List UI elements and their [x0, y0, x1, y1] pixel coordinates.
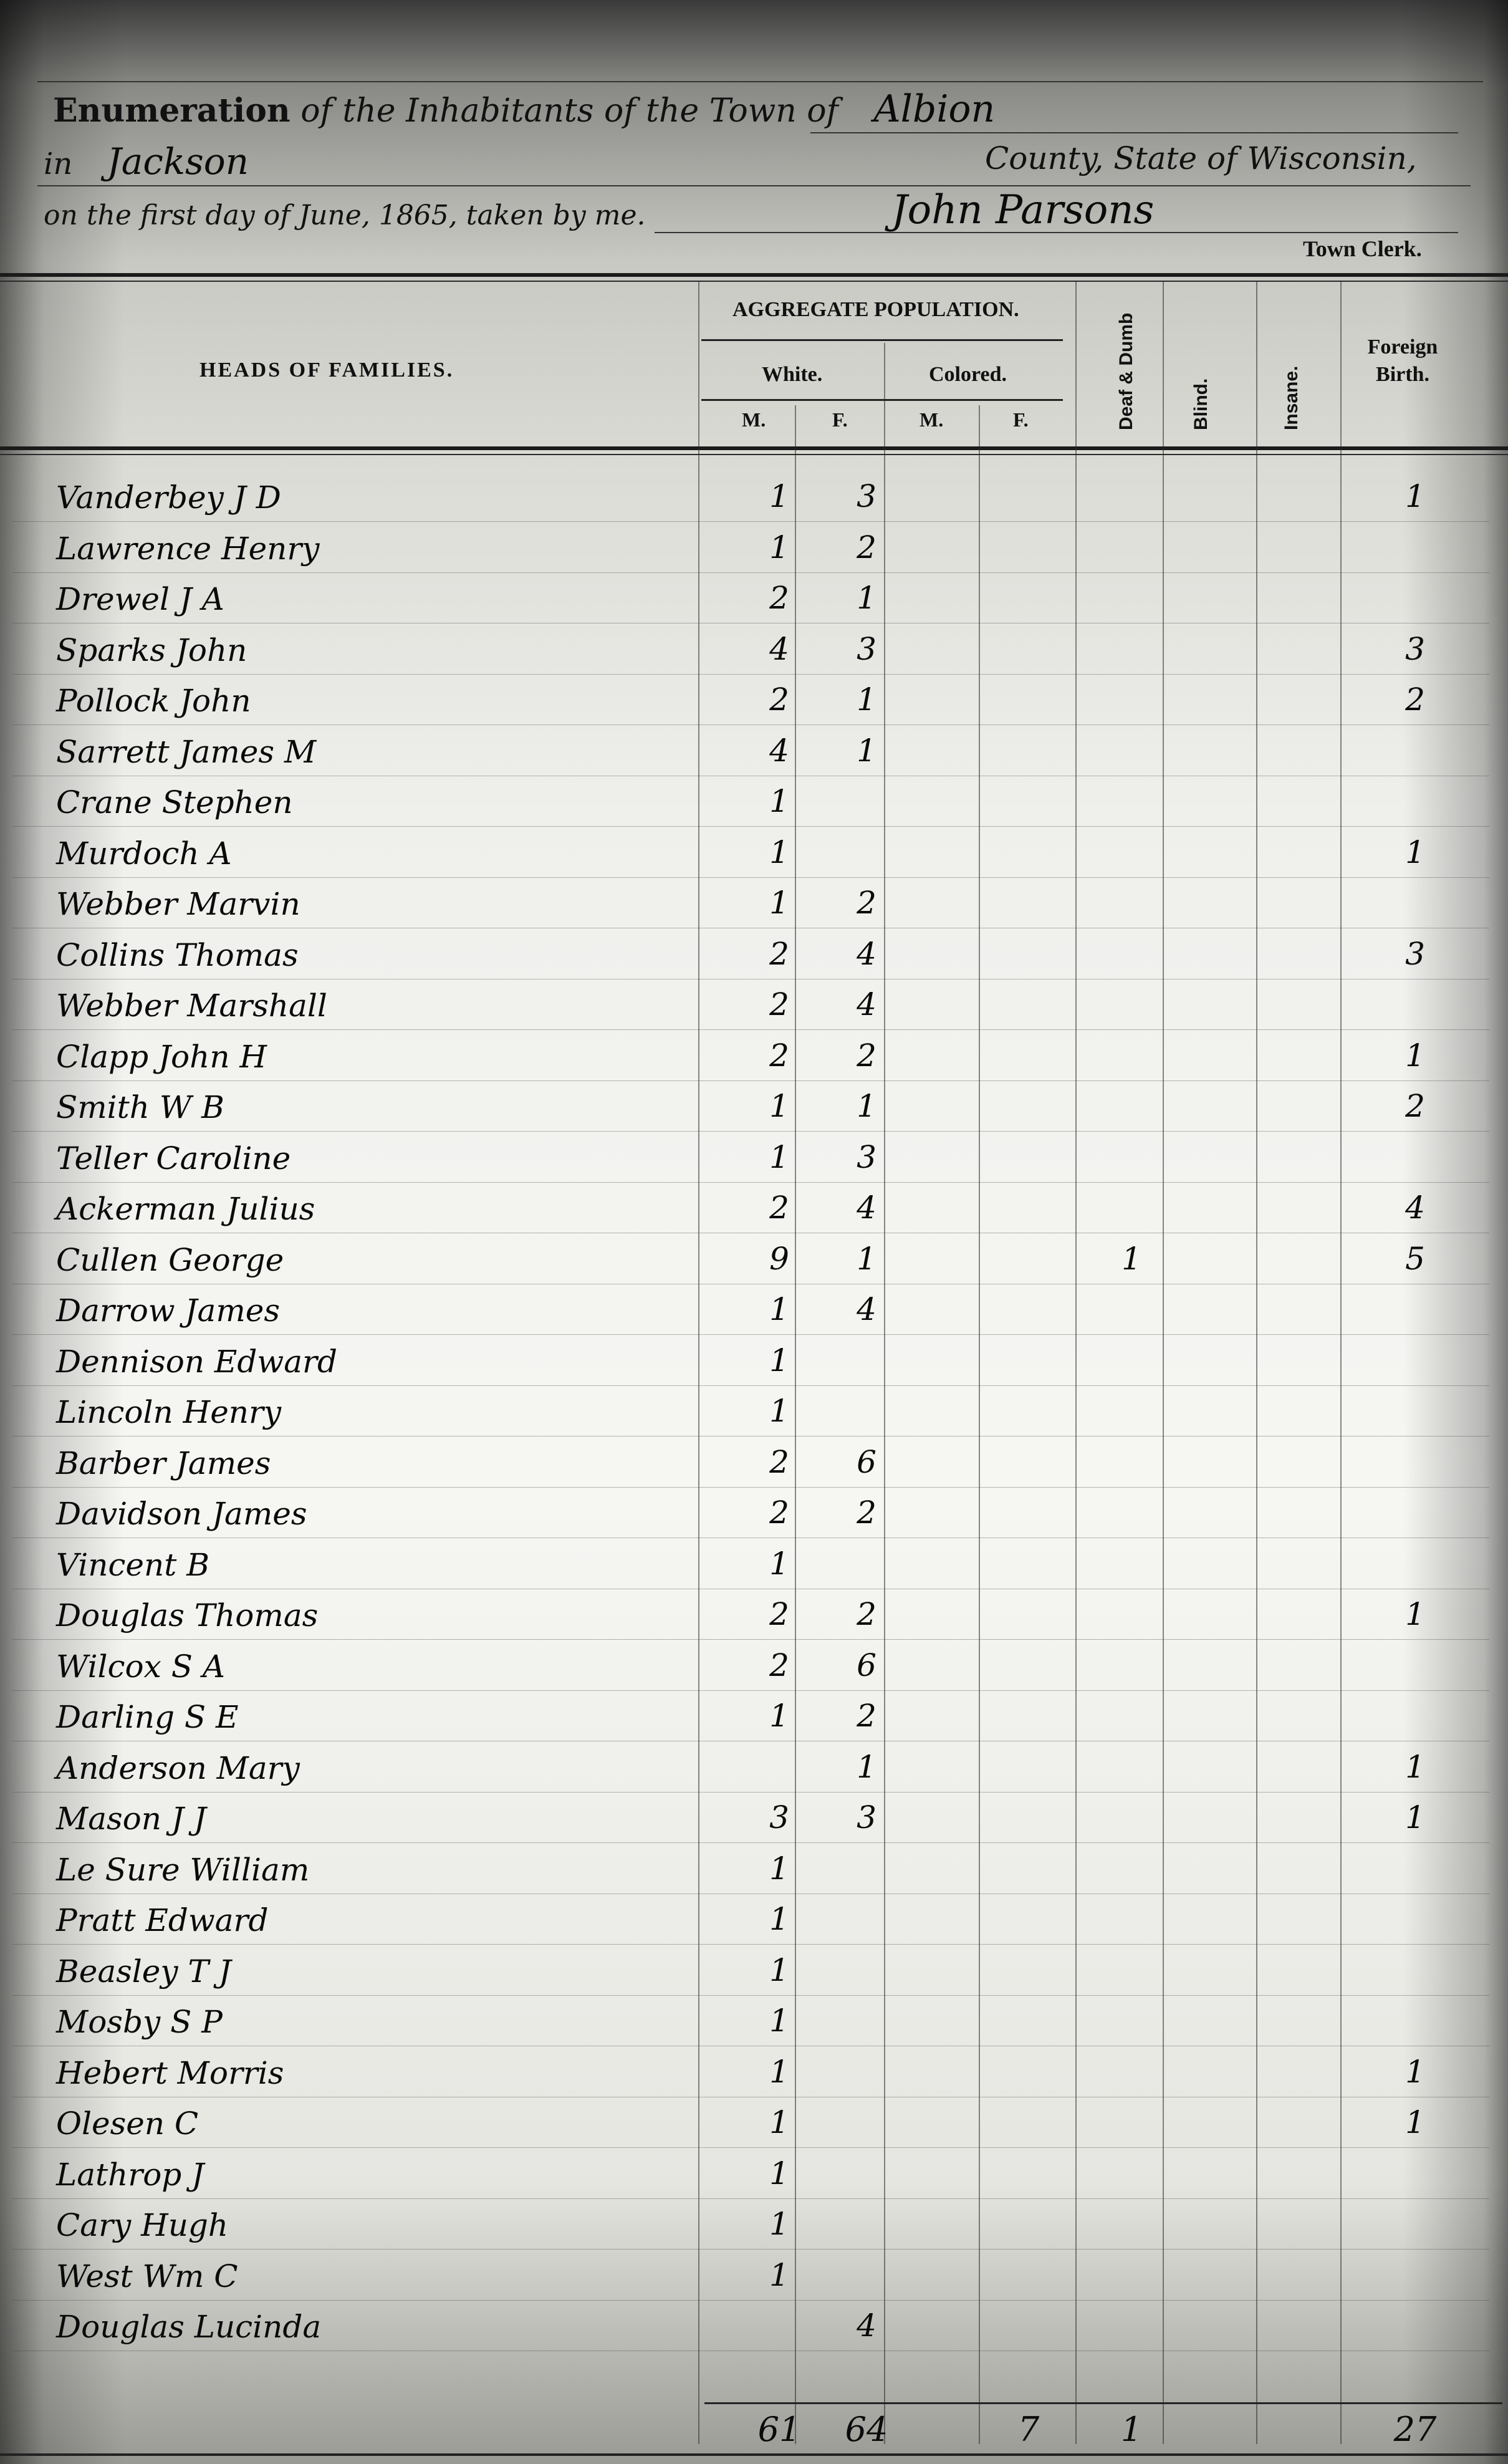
count-foreign-birth: 1 [1390, 1596, 1440, 1632]
table-row: Pollock John212 [0, 674, 1508, 725]
count-white-male: 1 [754, 783, 804, 819]
count-white-male: 1 [754, 1850, 804, 1887]
count-foreign-birth: 4 [1390, 1190, 1440, 1226]
head-of-family-name: Olesen C [56, 2105, 198, 2142]
head-of-family-name: Crane Stephen [56, 784, 293, 821]
table-row: Murdoch A11 [0, 827, 1508, 878]
count-white-male: 9 [754, 1241, 804, 1277]
count-white-male: 1 [754, 1901, 804, 1937]
count-white-male: 2 [754, 1037, 804, 1074]
count-white-male: 1 [754, 1088, 804, 1124]
header-rule-top [37, 81, 1483, 82]
head-of-family-name: Douglas Lucinda [56, 2309, 321, 2345]
head-of-family-name: Lathrop J [56, 2157, 204, 2193]
count-foreign-birth: 1 [1390, 478, 1440, 514]
table-row: Collins Thomas243 [0, 928, 1508, 979]
count-white-female: 4 [842, 1291, 891, 1327]
totals-row: 61 64 7 1 27 [0, 2407, 1508, 2457]
head-of-family-name: Lawrence Henry [56, 531, 320, 567]
count-white-female: 2 [842, 1596, 891, 1632]
head-of-family-name: West Wm C [56, 2258, 238, 2294]
table-row: Beasley T J1 [0, 1945, 1508, 1996]
table-row: Mason J J331 [0, 1792, 1508, 1843]
count-foreign-birth: 1 [1390, 834, 1440, 870]
head-of-family-name: Barber James [56, 1445, 271, 1481]
column-header-rule-thin [0, 454, 1508, 455]
table-row: Davidson James22 [0, 1487, 1508, 1538]
table-row: Sparks John433 [0, 623, 1508, 675]
table-row: Douglas Thomas221 [0, 1589, 1508, 1640]
head-of-family-name: Mosby S P [56, 2004, 223, 2040]
count-white-female: 4 [842, 1190, 891, 1226]
county-state-label: County, State of Wisconsin, [985, 140, 1417, 176]
head-of-family-name: Le Sure William [56, 1852, 309, 1888]
table-row: Vanderbey J D131 [0, 471, 1508, 522]
table-row: Vincent B1 [0, 1538, 1508, 1589]
head-of-family-name: Darling S E [56, 1699, 239, 1735]
count-foreign-birth: 1 [1390, 2054, 1440, 2090]
total-white-male: 61 [754, 2410, 804, 2449]
head-of-family-name: Cary Hugh [56, 2207, 228, 2243]
in-label: in [44, 147, 72, 181]
count-white-male: 1 [754, 2003, 804, 2039]
count-white-male: 1 [754, 1698, 804, 1734]
head-of-family-name: Sarrett James M [56, 734, 316, 770]
table-row: Barber James26 [0, 1437, 1508, 1488]
table-row: Olesen C11 [0, 2097, 1508, 2148]
count-foreign-birth: 2 [1390, 1088, 1440, 1124]
count-white-male: 2 [754, 986, 804, 1023]
count-white-female: 3 [842, 1799, 891, 1836]
table-row: Wilcox S A26 [0, 1640, 1508, 1691]
count-white-female: 4 [842, 2308, 891, 2344]
table-row: Webber Marshall24 [0, 979, 1508, 1030]
head-of-family-name: Vincent B [56, 1547, 209, 1583]
count-white-male: 1 [754, 1342, 804, 1379]
count-white-male: 1 [754, 529, 804, 565]
count-white-male: 2 [754, 681, 804, 718]
head-of-family-name: Anderson Mary [56, 1750, 300, 1786]
head-of-family-name: Lincoln Henry [56, 1394, 281, 1430]
header-rule-bottom [0, 273, 1508, 277]
white-header: White. [762, 363, 822, 387]
table-row: Lathrop J1 [0, 2148, 1508, 2199]
header-line-1: Enumeration of the Inhabitants of the To… [53, 87, 995, 131]
head-of-family-name: Vanderbey J D [56, 479, 281, 516]
heads-of-families-header: HEADS OF FAMILIES. [199, 359, 454, 382]
head-of-family-name: Douglas Thomas [56, 1597, 318, 1634]
town-fill-line [810, 132, 1458, 133]
table-row: Pratt Edward1 [0, 1894, 1508, 1945]
enumeration-label: Enumeration [53, 92, 291, 130]
count-white-male: 1 [754, 2104, 804, 2140]
inhabitants-label: of the Inhabitants of the Town of [300, 92, 838, 130]
table-row: Le Sure William1 [0, 1843, 1508, 1894]
total-white-female: 64 [842, 2410, 891, 2449]
count-foreign-birth: 1 [1390, 2104, 1440, 2140]
count-white-male: 1 [754, 1291, 804, 1327]
count-white-female: 2 [842, 1698, 891, 1734]
head-of-family-name: Dennison Edward [56, 1344, 337, 1380]
count-white-male: 4 [754, 733, 804, 769]
head-of-family-name: Hebert Morris [56, 2055, 284, 2091]
foreign-birth-header: Foreign Birth. [1340, 334, 1465, 388]
table-row: Clapp John H221 [0, 1030, 1508, 1081]
deaf-dumb-header: Deaf & Dumb [1116, 313, 1137, 430]
table-row: Drewel J A21 [0, 572, 1508, 623]
totals-rule [704, 2402, 1502, 2404]
head-of-family-name: Collins Thomas [56, 937, 299, 973]
colored-m-header: M. [920, 408, 943, 431]
head-of-family-name: Teller Caroline [56, 1140, 291, 1177]
date-line: on the first day of June, 1865, taken by… [44, 200, 645, 231]
head-of-family-name: Murdoch A [56, 835, 232, 872]
count-white-male: 1 [754, 1952, 804, 1988]
count-foreign-birth: 2 [1390, 681, 1440, 718]
county-name: Jackson [107, 140, 249, 183]
count-white-female: 1 [842, 1241, 891, 1277]
count-white-female: 2 [842, 529, 891, 565]
insane-header: Insane. [1281, 366, 1302, 430]
head-of-family-name: Pollock John [56, 683, 251, 719]
count-white-female: 6 [842, 1647, 891, 1683]
white-m-header: M. [742, 408, 766, 431]
head-of-family-name: Mason J J [56, 1801, 206, 1837]
signature-fill-line [655, 232, 1458, 233]
head-of-family-name: Webber Marshall [56, 988, 327, 1024]
county-fill-line [37, 185, 1471, 186]
count-foreign-birth: 5 [1390, 1241, 1440, 1277]
count-white-female: 2 [842, 1037, 891, 1074]
count-white-female: 3 [842, 478, 891, 514]
head-of-family-name: Wilcox S A [56, 1648, 225, 1685]
table-row: West Wm C1 [0, 2250, 1508, 2301]
count-white-male: 2 [754, 1444, 804, 1480]
count-white-male: 4 [754, 631, 804, 667]
total-colored-female: 7 [1004, 2410, 1054, 2449]
town-clerk-label: Town Clerk. [1303, 236, 1422, 262]
count-white-male: 1 [754, 1139, 804, 1175]
count-white-male: 2 [754, 1494, 804, 1531]
colored-f-header: F. [1013, 408, 1029, 431]
head-of-family-name: Clapp John H [56, 1039, 267, 1075]
count-foreign-birth: 3 [1390, 631, 1440, 667]
table-row: Smith W B112 [0, 1080, 1508, 1132]
count-white-male: 1 [754, 2257, 804, 2293]
head-of-family-name: Sparks John [56, 632, 247, 668]
count-white-female: 1 [842, 1088, 891, 1124]
count-white-female: 6 [842, 1444, 891, 1480]
head-of-family-name: Pratt Edward [56, 1902, 268, 1938]
row-rule [12, 2351, 1489, 2351]
head-of-family-name: Beasley T J [56, 1953, 231, 1990]
head-of-family-name: Davidson James [56, 1496, 307, 1532]
count-white-male: 1 [754, 1393, 804, 1429]
count-white-male: 2 [754, 580, 804, 616]
count-white-male: 2 [754, 1596, 804, 1632]
table-row: Douglas Lucinda4 [0, 2300, 1508, 2351]
count-white-female: 4 [842, 936, 891, 972]
table-row: Cullen George9115 [0, 1233, 1508, 1284]
table-row: Sarrett James M41 [0, 725, 1508, 776]
table-row: Darling S E12 [0, 1690, 1508, 1741]
table-row: Crane Stephen1 [0, 776, 1508, 827]
table-row: Lincoln Henry1 [0, 1385, 1508, 1437]
header-line-2: in Jackson [44, 140, 249, 183]
count-white-male: 1 [754, 2206, 804, 2242]
count-white-female: 3 [842, 1139, 891, 1175]
count-foreign-birth: 1 [1390, 1799, 1440, 1836]
count-white-female: 4 [842, 986, 891, 1023]
column-header-rule [0, 446, 1508, 450]
town-name: Albion [873, 87, 995, 131]
total-deaf-dumb: 1 [1107, 2410, 1156, 2449]
count-white-male: 1 [754, 834, 804, 870]
count-white-male: 2 [754, 936, 804, 972]
page-bottom-rule [0, 2453, 1508, 2456]
table-row: Lawrence Henry12 [0, 522, 1508, 573]
table-row: Webber Marvin12 [0, 877, 1508, 928]
head-of-family-name: Cullen George [56, 1242, 284, 1278]
count-white-female: 1 [842, 580, 891, 616]
count-foreign-birth: 1 [1390, 1749, 1440, 1785]
table-row: Dennison Edward1 [0, 1335, 1508, 1386]
count-white-male: 1 [754, 2054, 804, 2090]
count-white-male: 1 [754, 885, 804, 921]
count-deaf-dumb: 1 [1107, 1241, 1156, 1277]
count-white-female: 2 [842, 885, 891, 921]
head-of-family-name: Smith W B [56, 1089, 224, 1125]
count-white-female: 1 [842, 681, 891, 718]
count-foreign-birth: 1 [1390, 1037, 1440, 1074]
table-row: Teller Caroline13 [0, 1132, 1508, 1183]
head-of-family-name: Ackerman Julius [56, 1191, 315, 1227]
count-white-female: 1 [842, 733, 891, 769]
census-page: Enumeration of the Inhabitants of the To… [0, 0, 1508, 2464]
count-white-female: 1 [842, 1749, 891, 1785]
blind-header: Blind. [1191, 378, 1212, 430]
table-row: Hebert Morris11 [0, 2046, 1508, 2097]
count-white-male: 1 [754, 1546, 804, 1582]
count-white-male: 3 [754, 1799, 804, 1836]
table-row: Anderson Mary11 [0, 1741, 1508, 1793]
table-row: Cary Hugh1 [0, 2198, 1508, 2250]
colored-header: Colored. [929, 363, 1007, 387]
table-row: Darrow James14 [0, 1284, 1508, 1335]
count-foreign-birth: 3 [1390, 936, 1440, 972]
count-white-male: 2 [754, 1647, 804, 1683]
count-white-male: 1 [754, 2155, 804, 2192]
total-foreign-birth: 27 [1390, 2410, 1440, 2449]
head-of-family-name: Drewel J A [56, 581, 224, 617]
aggregate-population-header: AGGREGATE POPULATION. [732, 298, 1019, 322]
count-white-male: 1 [754, 478, 804, 514]
head-of-family-name: Webber Marvin [56, 886, 300, 922]
table-row: Ackerman Julius244 [0, 1182, 1508, 1233]
white-f-header: F. [832, 408, 848, 431]
count-white-female: 2 [842, 1494, 891, 1531]
aggregate-underline [701, 339, 1063, 341]
head-of-family-name: Darrow James [56, 1292, 280, 1329]
header-rule-bottom-thin [0, 281, 1508, 282]
enumerator-signature: John Parsons [891, 187, 1154, 233]
count-white-female: 3 [842, 631, 891, 667]
table-row: Mosby S P1 [0, 1995, 1508, 2046]
count-white-male: 2 [754, 1190, 804, 1226]
subgroup-underline [701, 399, 1063, 401]
